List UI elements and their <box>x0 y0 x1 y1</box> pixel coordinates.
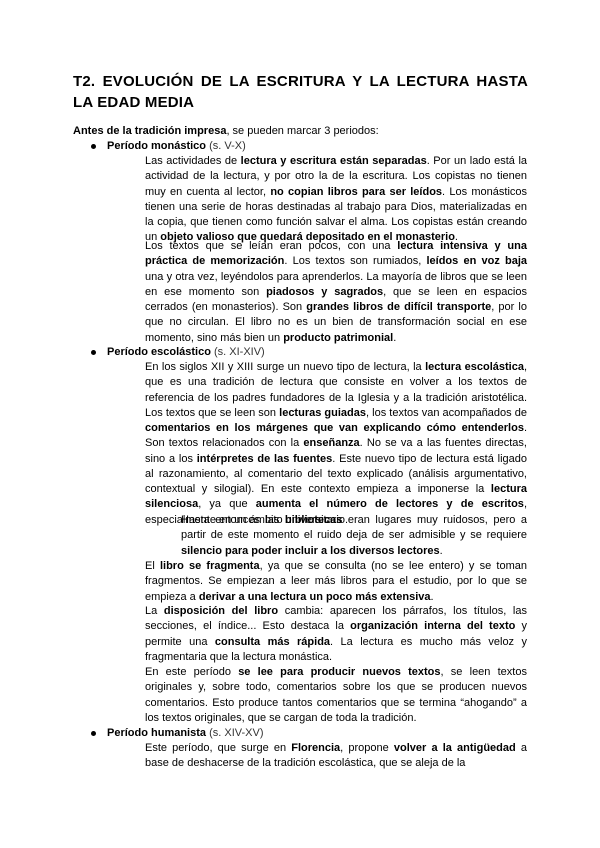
bold-text: libro se fragmenta <box>160 560 260 572</box>
period-name: Período monástico <box>107 140 206 152</box>
text: En este período <box>145 666 238 678</box>
bold-text: bibliotecas <box>285 514 342 526</box>
period-range: (s. XIV-XV) <box>206 727 263 739</box>
paragraph: La disposición del libro cambia: aparece… <box>145 604 527 665</box>
text: . <box>440 545 443 557</box>
bold-text: organización interna del texto <box>350 620 515 632</box>
text: . Los textos son rumiados, <box>284 255 426 267</box>
bold-text: piadosos y sagrados <box>266 286 383 298</box>
bullet-icon <box>91 731 96 736</box>
text: . <box>393 332 396 344</box>
bold-text: lectura y escritura están separadas <box>241 155 427 167</box>
bold-text: consulta más rápida <box>215 636 330 648</box>
intro-rest: , se pueden marcar 3 periodos: <box>226 125 378 137</box>
text: Los textos que se leían eran pocos, con … <box>145 240 397 252</box>
text: , ya que <box>198 498 256 510</box>
bold-text: Florencia <box>291 742 340 754</box>
bold-text: silencio para poder incluir a los divers… <box>181 545 440 557</box>
period-range: (s. V-X) <box>206 140 246 152</box>
bold-text: producto patrimonial <box>283 332 393 344</box>
text: , los textos van acompañados de <box>366 407 527 419</box>
bullet-icon <box>91 144 96 149</box>
period-heading-escolastico: Período escolástico (s. XI-XIV) <box>107 345 265 360</box>
paragraph: En este período se lee para producir nue… <box>145 665 527 726</box>
text: En los siglos XII y XIII surge un nuevo … <box>145 361 425 373</box>
text: Este período, que surge en <box>145 742 291 754</box>
paragraph: El libro se fragmenta, ya que se consult… <box>145 559 527 605</box>
bold-text: aumenta el número de lectores y de escri… <box>256 498 524 510</box>
intro-bold: Antes de la tradición impresa <box>73 125 226 137</box>
nested-paragraph: Hasta entonces las bibliotecas eran luga… <box>181 513 527 559</box>
paragraph: En los siglos XII y XIII surge un nuevo … <box>145 360 527 528</box>
text: La <box>145 605 164 617</box>
intro-paragraph: Antes de la tradición impresa, se pueden… <box>73 124 528 139</box>
text: Hasta entonces las <box>181 514 285 526</box>
bold-text: grandes libros de difícil transporte <box>306 301 491 313</box>
bold-text: enseñanza <box>303 437 359 449</box>
text: Las actividades de <box>145 155 241 167</box>
period-name: Período humanista <box>107 727 206 739</box>
bold-text: volver a la antigüedad <box>394 742 516 754</box>
bold-text: no copian libros para ser leídos <box>270 186 442 198</box>
bold-text: leídos en voz baja <box>426 255 527 267</box>
paragraph: Este período, que surge en Florencia, pr… <box>145 741 527 772</box>
bold-text: disposición del libro <box>164 605 278 617</box>
bold-text: intérpretes de las fuentes <box>197 453 333 465</box>
period-name: Período escolástico <box>107 346 211 358</box>
paragraph: Las actividades de lectura y escritura e… <box>145 154 527 246</box>
period-heading-monastico: Período monástico (s. V-X) <box>107 139 246 154</box>
bold-text: derivar a una lectura un poco más extens… <box>199 591 431 603</box>
page-title: T2. EVOLUCIÓN DE LA ESCRITURA Y LA LECTU… <box>73 71 528 113</box>
bold-text: lecturas guiadas <box>279 407 366 419</box>
text: , propone <box>340 742 394 754</box>
period-range: (s. XI-XIV) <box>211 346 265 358</box>
paragraph: Los textos que se leían eran pocos, con … <box>145 239 527 346</box>
text: . <box>431 591 434 603</box>
text: El <box>145 560 160 572</box>
bullet-icon <box>91 350 96 355</box>
bold-text: se lee para producir nuevos textos <box>238 666 440 678</box>
bold-text: lectura escolástica <box>425 361 524 373</box>
period-heading-humanista: Período humanista (s. XIV-XV) <box>107 726 264 741</box>
document-page: T2. EVOLUCIÓN DE LA ESCRITURA Y LA LECTU… <box>0 0 600 848</box>
bold-text: comentarios en los márgenes que van expl… <box>145 422 524 434</box>
